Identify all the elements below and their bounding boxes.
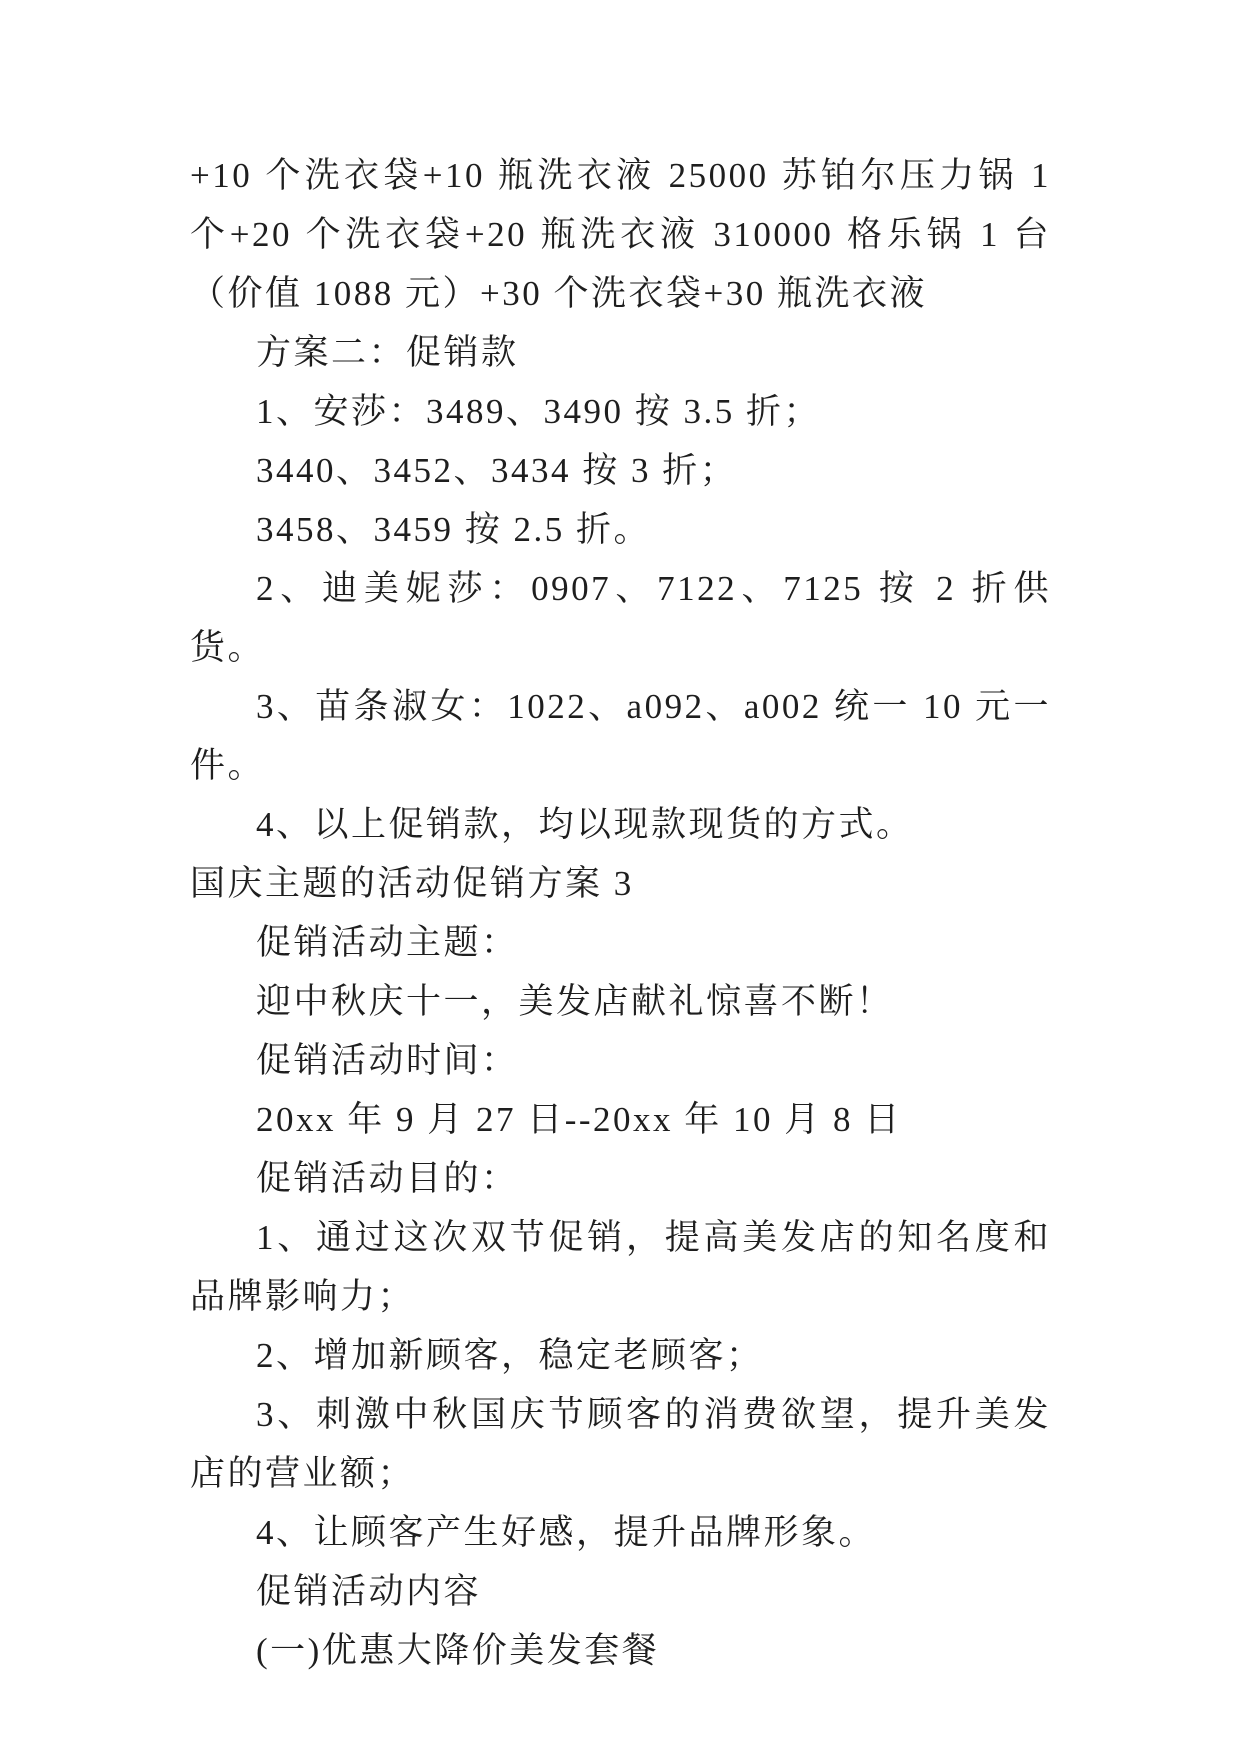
- paragraph: 4、以上促销款，均以现款现货的方式。: [190, 795, 1051, 854]
- paragraph: 方案二：促销款: [190, 323, 1051, 382]
- paragraph: 1、通过这次双节促销，提高美发店的知名度和品牌影响力；: [190, 1208, 1051, 1326]
- paragraph: 2、增加新顾客，稳定老顾客；: [190, 1326, 1051, 1385]
- paragraph: 3458、3459 按 2.5 折。: [190, 500, 1051, 559]
- paragraph: 促销活动时间：: [190, 1031, 1051, 1090]
- paragraph: 3、刺激中秋国庆节顾客的消费欲望，提升美发店的营业额；: [190, 1385, 1051, 1503]
- paragraph: +10 个洗衣袋+10 瓶洗衣液 25000 苏铂尔压力锅 1 个+20 个洗衣…: [190, 146, 1051, 323]
- section-title: 国庆主题的活动促销方案 3: [190, 854, 1051, 913]
- paragraph: 2、迪美妮莎：0907、7122、7125 按 2 折供货。: [190, 559, 1051, 677]
- paragraph: 促销活动内容: [190, 1562, 1051, 1621]
- paragraph: 促销活动主题：: [190, 913, 1051, 972]
- paragraph: 20xx 年 9 月 27 日--20xx 年 10 月 8 日: [190, 1090, 1051, 1149]
- paragraph: 促销活动目的：: [190, 1149, 1051, 1208]
- document-text-block: +10 个洗衣袋+10 瓶洗衣液 25000 苏铂尔压力锅 1 个+20 个洗衣…: [190, 146, 1051, 1680]
- paragraph: 3、苗条淑女：1022、a092、a002 统一 10 元一件。: [190, 677, 1051, 795]
- document-page: +10 个洗衣袋+10 瓶洗衣液 25000 苏铂尔压力锅 1 个+20 个洗衣…: [0, 0, 1241, 1754]
- paragraph: 迎中秋庆十一，美发店献礼惊喜不断！: [190, 972, 1051, 1031]
- paragraph: 4、让顾客产生好感，提升品牌形象。: [190, 1503, 1051, 1562]
- paragraph: 1、安莎：3489、3490 按 3.5 折；: [190, 382, 1051, 441]
- paragraph: (一)优惠大降价美发套餐: [190, 1621, 1051, 1680]
- paragraph: 3440、3452、3434 按 3 折；: [190, 441, 1051, 500]
